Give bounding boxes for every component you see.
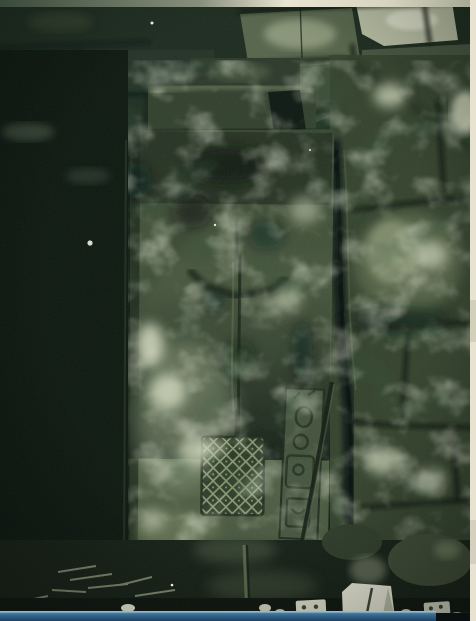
photo-canvas xyxy=(0,0,476,621)
vignette xyxy=(0,0,476,621)
top-border-strip xyxy=(0,0,476,7)
archival-photograph xyxy=(0,0,476,621)
bottom-dark-strip xyxy=(436,613,470,621)
